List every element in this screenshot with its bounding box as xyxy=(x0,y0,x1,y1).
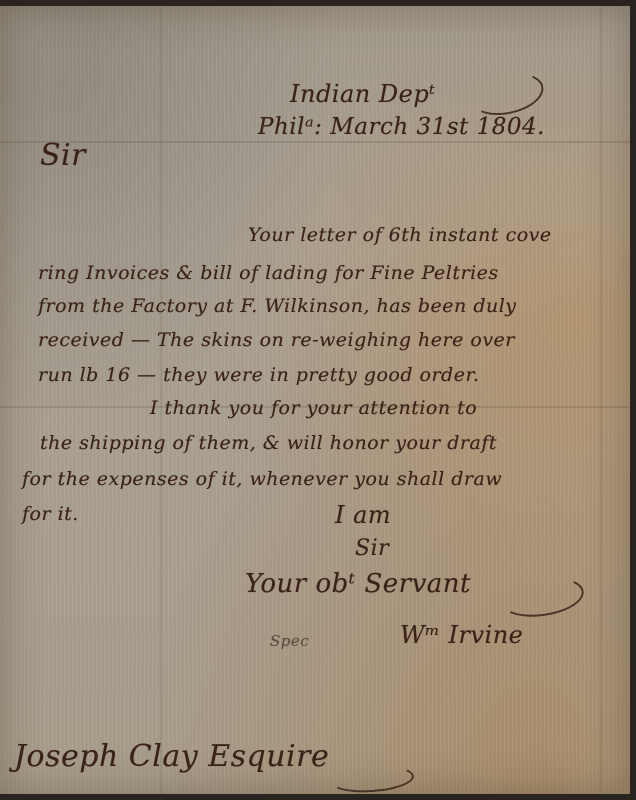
body-line: Your letter of 6th instant cove xyxy=(248,224,552,246)
body-line: I thank you for your attention to xyxy=(150,397,477,419)
flourish-decoration xyxy=(329,763,415,795)
closing-line: Your obᵗ Servant xyxy=(245,569,471,599)
margin-note: Spec xyxy=(270,632,309,650)
body-line: from the Factory at F. Wilkinson, has be… xyxy=(38,295,517,317)
body-line: for the expenses of it, whenever you sha… xyxy=(22,468,502,490)
body-line: received — The skins on re-weighing here… xyxy=(38,329,515,351)
body-line: for it. xyxy=(22,503,79,525)
fold-line xyxy=(0,141,630,143)
place-date-line: Philᵃ: March 31st 1804. xyxy=(258,114,545,140)
closing-line: Sir xyxy=(355,536,389,561)
signature: Wᵐ Irvine xyxy=(400,621,523,649)
body-line: run lb 16 — they were in pretty good ord… xyxy=(38,364,480,386)
fold-line xyxy=(600,6,602,794)
letter-page: Indian Depᵗ Philᵃ: March 31st 1804. Sir … xyxy=(0,6,630,794)
addressee: Joseph Clay Esquire xyxy=(14,739,329,774)
body-line: the shipping of them, & will honor your … xyxy=(40,432,497,454)
flourish-decoration xyxy=(498,572,586,621)
salutation: Sir xyxy=(40,138,86,173)
body-line: ring Invoices & bill of lading for Fine … xyxy=(38,262,499,284)
closing-line: I am xyxy=(335,501,391,529)
department-heading: Indian Depᵗ xyxy=(290,80,436,108)
